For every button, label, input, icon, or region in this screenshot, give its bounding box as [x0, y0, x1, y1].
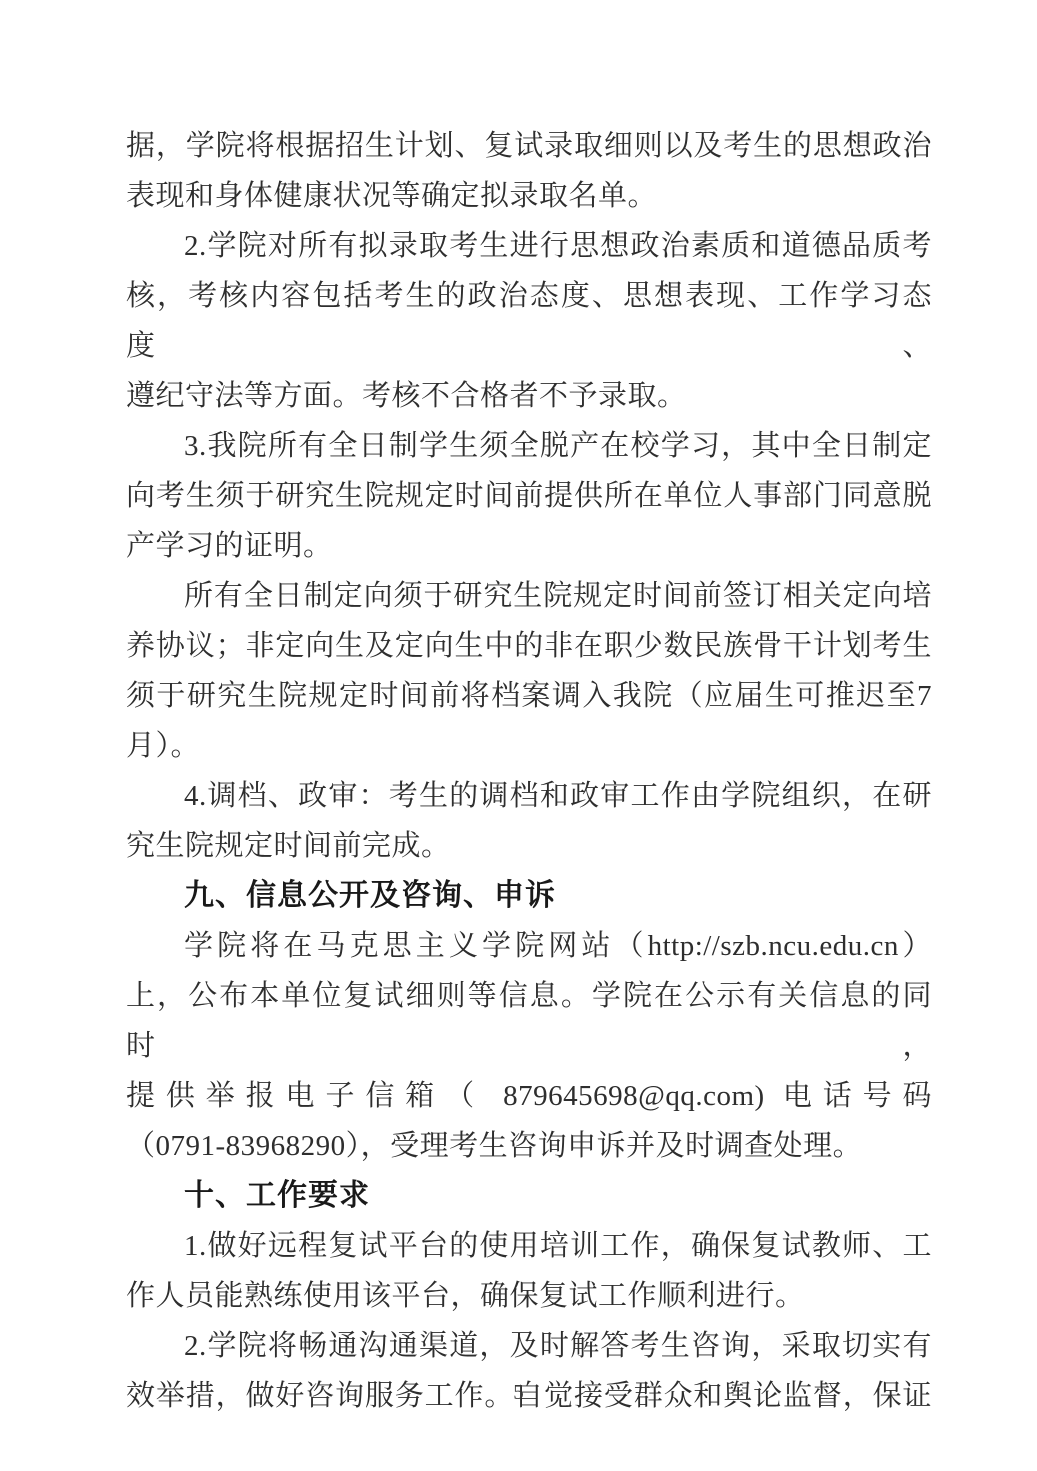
text-line: 遵纪守法等方面。考核不合格者不予录取。 [126, 371, 932, 421]
text-line: 所有全日制定向须于研究生院规定时间前签订相关定向培 [126, 571, 932, 621]
text-line: 提供举报电子信箱（ 879645698@qq.com) 电话号码 [126, 1071, 932, 1121]
page-number: 5 [0, 1380, 1037, 1405]
text-line: 究生院规定时间前完成。 [126, 821, 932, 871]
document-body: 据，学院将根据招生计划、复试录取细则以及考生的思想政治 表现和身体健康状况等确定… [126, 121, 932, 1421]
text-line: （0791-83968290），受理考生咨询申诉并及时调查处理。 [126, 1121, 932, 1171]
text-line: 核，考核内容包括考生的政治态度、思想表现、工作学习态度、 [126, 271, 932, 371]
text-line: 向考生须于研究生院规定时间前提供所在单位人事部门同意脱 [126, 471, 932, 521]
text-line: 据，学院将根据招生计划、复试录取细则以及考生的思想政治 [126, 121, 932, 171]
text-line: 2.学院将畅通沟通渠道，及时解答考生咨询，采取切实有 [126, 1321, 932, 1371]
text-line: 须于研究生院规定时间前将档案调入我院（应届生可推迟至7 [126, 671, 932, 721]
section-heading-10: 十、工作要求 [126, 1171, 932, 1221]
text-line: 养协议；非定向生及定向生中的非在职少数民族骨干计划考生 [126, 621, 932, 671]
text-line: 1.做好远程复试平台的使用培训工作，确保复试教师、工 [126, 1221, 932, 1271]
text-line: 4.调档、政审：考生的调档和政审工作由学院组织，在研 [126, 771, 932, 821]
text-line: 学院将在马克思主义学院网站（http://szb.ncu.edu.cn） [126, 921, 932, 971]
text-line: 月）。 [126, 721, 932, 771]
text-line: 作人员能熟练使用该平台，确保复试工作顺利进行。 [126, 1271, 932, 1321]
text-line: 表现和身体健康状况等确定拟录取名单。 [126, 171, 932, 221]
text-line: 3.我院所有全日制学生须全脱产在校学习，其中全日制定 [126, 421, 932, 471]
text-line: 上，公布本单位复试细则等信息。学院在公示有关信息的同时， [126, 971, 932, 1071]
document-page: 据，学院将根据招生计划、复试录取细则以及考生的思想政治 表现和身体健康状况等确定… [0, 0, 1037, 1471]
text-line: 2.学院对所有拟录取考生进行思想政治素质和道德品质考 [126, 221, 932, 271]
section-heading-9: 九、信息公开及咨询、申诉 [126, 871, 932, 921]
text-line: 产学习的证明。 [126, 521, 932, 571]
